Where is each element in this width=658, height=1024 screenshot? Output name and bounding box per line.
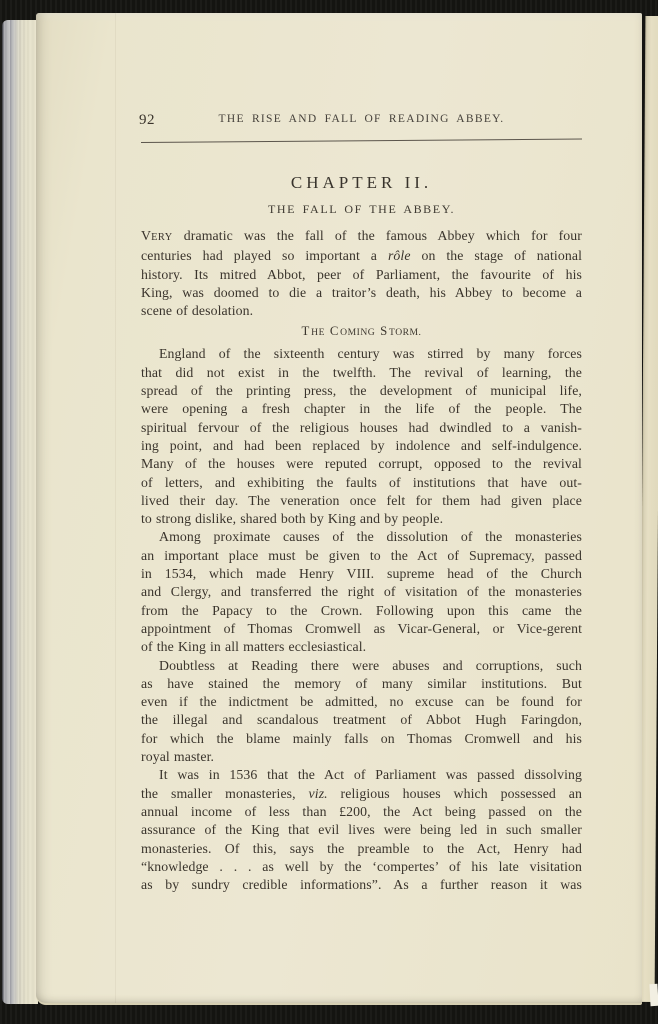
text-run: England of the sixteenth century was sti… (159, 346, 582, 361)
text-run: Many of the houses were reputed corrupt,… (141, 456, 582, 471)
text-run: T (302, 324, 312, 338)
text-line: centuries had played so important a rôle… (141, 247, 582, 265)
text-line: assurance of the King that evil lives we… (141, 821, 582, 839)
page-header: 92 THE RISE AND FALL OF READING ABBEY. (141, 111, 582, 129)
text-line: in 1534, which made Henry VIII. supreme … (141, 565, 582, 583)
text-line: It was in 1536 that the Act of Parliamen… (141, 766, 582, 784)
text-line: spiritual fervour of the religious house… (141, 419, 582, 437)
text-line: and Clergy, and transferred the right of… (141, 583, 582, 601)
paragraph: Among proximate causes of the dissolutio… (141, 528, 582, 656)
italic-text: viz. (309, 786, 328, 801)
chapter-subtitle: THE FALL OF THE ABBEY. (141, 202, 582, 217)
text-line: of letters, and exhibiting the faults of… (141, 474, 582, 492)
text-run: an important place must be given to the … (141, 548, 582, 563)
text-run: “knowledge . . . as well by the ‘compert… (141, 859, 582, 874)
text-run: King, was doomed to die a traitor’s deat… (141, 285, 582, 300)
page-content: 92 THE RISE AND FALL OF READING ABBEY. C… (141, 111, 582, 894)
page-corner-sliver (649, 984, 658, 1006)
text-run: religious houses which possessed an (328, 786, 582, 801)
text-run: centuries had played so important a (141, 248, 388, 263)
text-line: as by sundry credible informations”. As … (141, 876, 582, 894)
text-run: spiritual fervour of the religious house… (141, 420, 582, 435)
text-run: appointment of Thomas Cromwell as Vicar-… (141, 621, 582, 636)
text-run: annual income of less than £200, the Act… (141, 804, 582, 819)
text-run: for which the blame mainly falls on Thom… (141, 731, 582, 746)
page-stack-edges (2, 20, 38, 1004)
text-line: history. Its mitred Abbot, peer of Parli… (141, 266, 582, 284)
text-line: scene of desolation. (141, 302, 582, 320)
text-run: of letters, and exhibiting the faults of… (141, 475, 582, 490)
scan-background: 92 THE RISE AND FALL OF READING ABBEY. C… (0, 0, 658, 1024)
text-line: from the Papacy to the Crown. Following … (141, 602, 582, 620)
text-line: even if the indictment be admitted, no e… (141, 693, 582, 711)
paragraph: England of the sixteenth century was sti… (141, 345, 582, 528)
text-run: assurance of the King that evil lives we… (141, 822, 582, 837)
text-line: the smaller monasteries, viz. religious … (141, 785, 582, 803)
running-head: THE RISE AND FALL OF READING ABBEY. (141, 113, 582, 125)
text-run: on the stage of national (411, 248, 582, 263)
text-run: and Clergy, and transferred the right of… (141, 584, 582, 599)
text-run: in 1534, which made Henry VIII. supreme … (141, 566, 582, 581)
text-run: C (330, 324, 340, 338)
section-heading: THE COMING STORM. (141, 322, 582, 342)
text-run: to strong dislike, shared both by King a… (141, 511, 443, 526)
text-run: that did not exist in the twelfth. The r… (141, 365, 582, 380)
text-line: monasteries. Of this, says the preamble … (141, 840, 582, 858)
text-line: Among proximate causes of the dissolutio… (141, 528, 582, 546)
text-run: even if the indictment be admitted, no e… (141, 694, 582, 709)
text-line: “knowledge . . . as well by the ‘compert… (141, 858, 582, 876)
text-run: royal master. (141, 749, 214, 764)
text-line: the illegal and scandalous treatment of … (141, 711, 582, 729)
text-line: appointment of Thomas Cromwell as Vicar-… (141, 620, 582, 638)
text-line: to strong dislike, shared both by King a… (141, 510, 582, 528)
text-line: lived their day. The veneration once fel… (141, 492, 582, 510)
paragraph: It was in 1536 that the Act of Parliamen… (141, 766, 582, 894)
text-run: dramatic was the fall of the famous Abbe… (173, 228, 582, 243)
book-page: 92 THE RISE AND FALL OF READING ABBEY. C… (36, 13, 642, 1005)
text-run: Doubtless at Reading there were abuses a… (159, 658, 582, 673)
text-run: Among proximate causes of the dissolutio… (159, 529, 582, 544)
small-caps-text: HE (311, 327, 330, 338)
chapter-title: CHAPTER II. (141, 173, 582, 193)
text-line: Doubtless at Reading there were abuses a… (141, 657, 582, 675)
text-run: S (380, 324, 389, 338)
text-run: history. Its mitred Abbot, peer of Parli… (141, 267, 582, 282)
text-line: an important place must be given to the … (141, 547, 582, 565)
text-line: of the King in all matters ecclesiastica… (141, 638, 582, 656)
text-line: Many of the houses were reputed corrupt,… (141, 455, 582, 473)
text-run: spread of the printing press, the develo… (141, 383, 582, 398)
small-caps-text: OMING (340, 327, 380, 338)
text-run: lived their day. The veneration once fel… (141, 493, 582, 508)
small-caps-text: TORM. (389, 327, 421, 338)
text-run: as by sundry credible informations”. As … (141, 877, 582, 892)
text-line: King, was doomed to die a traitor’s deat… (141, 284, 582, 302)
text-line: England of the sixteenth century was sti… (141, 345, 582, 363)
text-line: ing point, and had been replaced by indo… (141, 437, 582, 455)
header-rule (141, 139, 582, 143)
text-run: the illegal and scandalous treatment of … (141, 712, 582, 727)
text-run: monasteries. Of this, says the preamble … (141, 841, 582, 856)
text-run: ing point, and had been replaced by indo… (141, 438, 582, 453)
text-run: as have stained the memory of many simil… (141, 676, 582, 691)
text-line: VERY dramatic was the fall of the famous… (141, 227, 582, 247)
text-run: the smaller monasteries, (141, 786, 309, 801)
text-line: spread of the printing press, the develo… (141, 382, 582, 400)
text-run: scene of desolation. (141, 303, 253, 318)
text-run: from the Papacy to the Crown. Following … (141, 603, 582, 618)
text-line: were opening a fresh chapter in the life… (141, 400, 582, 418)
paragraph: Doubtless at Reading there were abuses a… (141, 657, 582, 767)
paragraph: VERY dramatic was the fall of the famous… (141, 227, 582, 320)
text-line: as have stained the memory of many simil… (141, 675, 582, 693)
text-line: that did not exist in the twelfth. The r… (141, 364, 582, 382)
text-run: of the King in all matters ecclesiastica… (141, 639, 366, 654)
text-run: It was in 1536 that the Act of Parliamen… (159, 767, 582, 782)
text-line: royal master. (141, 748, 582, 766)
text-line: annual income of less than £200, the Act… (141, 803, 582, 821)
small-caps-text: ERY (151, 232, 173, 243)
text-run: were opening a fresh chapter in the life… (141, 401, 582, 416)
text-blocks: VERY dramatic was the fall of the famous… (141, 227, 582, 894)
italic-text: rôle (388, 248, 411, 263)
text-run: V (141, 228, 151, 243)
text-line: for which the blame mainly falls on Thom… (141, 730, 582, 748)
